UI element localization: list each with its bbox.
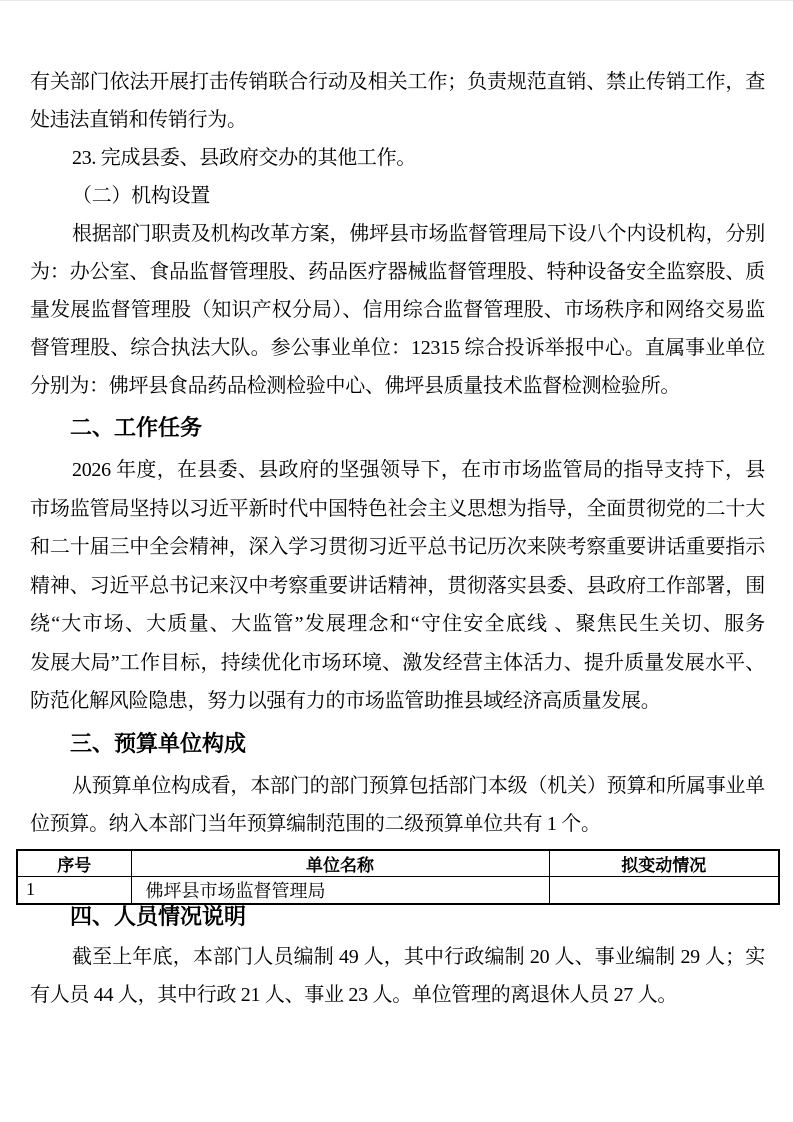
section-heading-staff: 四、人员情况说明 [30,902,765,932]
body-line: 有人员 44 人，其中行政 21 人、事业 23 人。单位管理的离退休人员 27… [30,976,765,1014]
body-line: 分别为：佛坪县食品药品检测检验中心、佛坪县质量技术监督检测检验所。 [30,367,765,405]
body-line: 为：办公室、食品监督管理股、药品医疗器械监督管理股、特种设备安全监察股、质 [30,253,765,291]
body-line: 从预算单位构成看，本部门的部门预算包括部门本级（机关）预算和所属事业单 [30,767,765,805]
table-header-row: 序号 单位名称 拟变动情况 [17,850,779,877]
document-page: 有关部门依法开展打击传销联合行动及相关工作；负责规范直销、禁止传销工作，查 处违… [0,0,793,1122]
column-header-unit-name: 单位名称 [131,850,549,877]
body-line: 根据部门职责及机构改革方案，佛坪县市场监督管理局下设八个内设机构，分别 [30,215,765,253]
body-line: 市场监管局坚持以习近平新时代中国特色社会主义思想为指导，全面贯彻党的二十大 [30,490,765,529]
body-line: 2026 年度，在县委、县政府的坚强领导下，在市市场监管局的指导支持下，县 [30,451,765,490]
body-line: 防范化解风险隐患，努力以强有力的市场监管助推县域经济高质量发展。 [30,682,765,721]
body-line: 位预算。纳入本部门当年预算编制范围的二级预算单位共有 1 个。 [30,805,765,843]
document-body: 有关部门依法开展打击传销联合行动及相关工作；负责规范直销、禁止传销工作，查 处违… [0,1,793,1014]
body-line: 量发展监督管理股（知识产权分局）、信用综合监督管理股、市场秩序和网络交易监 [30,291,765,329]
section-heading-budget-units: 三、预算单位构成 [30,725,765,763]
cell-unit-name: 佛坪县市场监督管理局 [131,876,549,904]
body-line: 处违法直销和传销行为。 [30,101,765,139]
body-line: 和二十届三中全会精神，深入学习贯彻习近平总书记历次来陕考察重要讲话重要指示 [30,528,765,567]
body-line: 截至上年底，本部门人员编制 49 人，其中行政编制 20 人、事业编制 29 人… [30,938,765,976]
cell-proposed-change [549,876,779,904]
subsection-heading-org-setup: （二）机构设置 [30,177,765,215]
list-item-23: 23. 完成县委、县政府交办的其他工作。 [30,139,765,177]
section-heading-work-tasks: 二、工作任务 [30,409,765,447]
body-line: 督管理股、综合执法大队。参公事业单位：12315 综合投诉举报中心。直属事业单位 [30,329,765,367]
body-line: 精神、习近平总书记来汉中考察重要讲话精神，贯彻落实县委、县政府工作部署，围 [30,567,765,606]
body-line: 绕“大市场、大质量、大监管”发展理念和“守住安全底线 、聚焦民生关切、服务 [30,605,765,644]
cell-index: 1 [17,876,131,904]
budget-units-table: 序号 单位名称 拟变动情况 1 佛坪县市场监督管理局 [16,849,780,905]
table-row: 1 佛坪县市场监督管理局 [17,876,779,904]
body-line: 有关部门依法开展打击传销联合行动及相关工作；负责规范直销、禁止传销工作，查 [30,63,765,101]
body-line: 发展大局”工作目标，持续优化市场环境、激发经营主体活力、提升质量发展水平、 [30,644,765,683]
column-header-proposed-change: 拟变动情况 [549,850,779,877]
column-header-index: 序号 [17,850,131,877]
